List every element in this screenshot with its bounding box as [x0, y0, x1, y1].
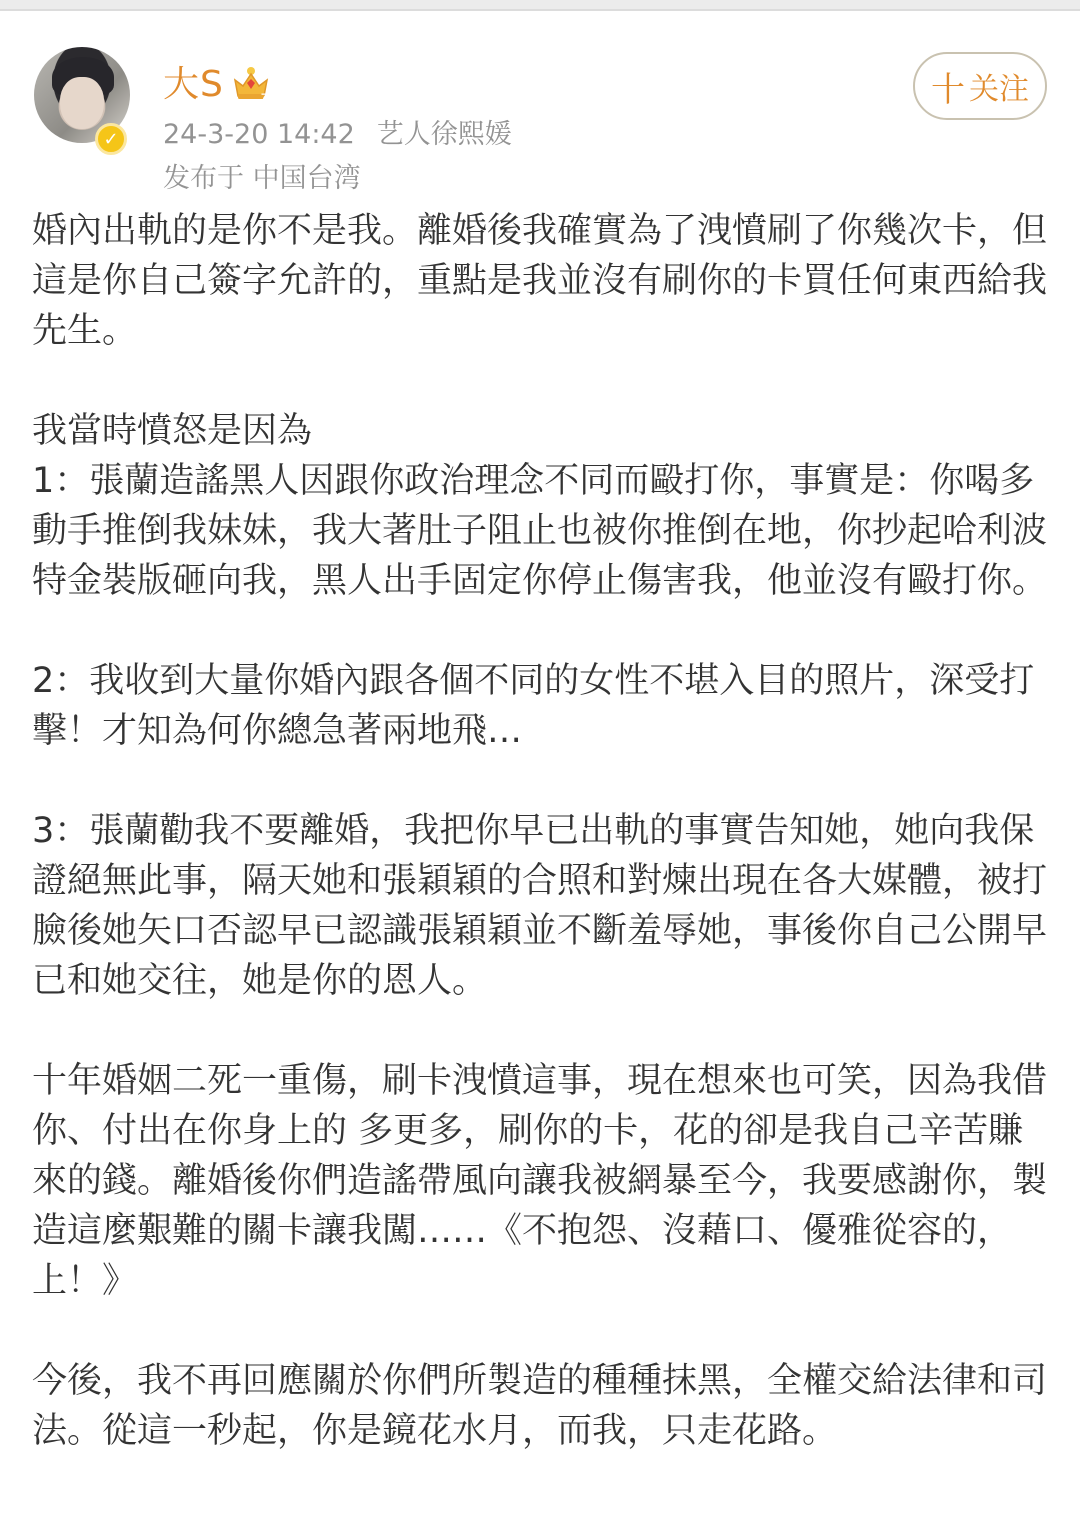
verified-v-icon: ✓ — [95, 123, 127, 155]
plus-icon: 十 — [931, 62, 965, 111]
paragraph-gap — [32, 356, 1052, 406]
post-meta: 24-3-20 14:42艺人徐熙媛 — [163, 117, 512, 153]
paragraph-intro: 婚內出軌的是你不是我。離婚後我確實為了洩憤刷了你幾次卡，但這是你自己簽字允許的，… — [32, 206, 1052, 356]
post-header: ✓ 大S 7 24-3-20 14:42艺人徐熙媛 发布于 中国台湾 十 关注 — [0, 11, 1080, 191]
crown-icon: 7 — [231, 66, 271, 102]
top-divider-strip — [0, 0, 1080, 11]
post-location: 发布于 中国台湾 — [163, 161, 361, 197]
follow-label: 关注 — [969, 64, 1029, 108]
paragraph-point-2: 2：我收到大量你婚內跟各個不同的女性不堪入目的照片，深受打擊！才知為何你總急著兩… — [32, 656, 1052, 756]
avatar-face — [60, 77, 104, 129]
paragraph-gap — [32, 756, 1052, 806]
paragraph-point-3: 3：張蘭勸我不要離婚，我把你早已出軌的事實告知她，她向我保證絕無此事，隔天她和張… — [32, 806, 1052, 1006]
paragraph-closing: 今後，我不再回應關於你們所製造的種種抹黑，全權交給法律和司法。從這一秒起，你是鏡… — [32, 1356, 1052, 1456]
paragraph-reflection: 十年婚姻二死一重傷，刷卡洩憤這事，現在想來也可笑，因為我借你、付出在你身上的 多… — [32, 1056, 1052, 1306]
timestamp: 24-3-20 14:42 — [163, 119, 355, 150]
paragraph-point-1: 我當時憤怒是因為 1：張蘭造謠黑人因跟你政治理念不同而毆打你，事實是：你喝多動手… — [32, 406, 1052, 606]
post-body: 婚內出軌的是你不是我。離婚後我確實為了洩憤刷了你幾次卡，但這是你自己簽字允許的，… — [32, 206, 1052, 1456]
user-name[interactable]: 大S — [163, 63, 224, 107]
paragraph-gap — [32, 1306, 1052, 1356]
post-source: 艺人徐熙媛 — [377, 119, 512, 150]
paragraph-gap — [32, 606, 1052, 656]
follow-button[interactable]: 十 关注 — [913, 52, 1047, 120]
paragraph-gap — [32, 1006, 1052, 1056]
svg-text:7: 7 — [261, 92, 267, 102]
